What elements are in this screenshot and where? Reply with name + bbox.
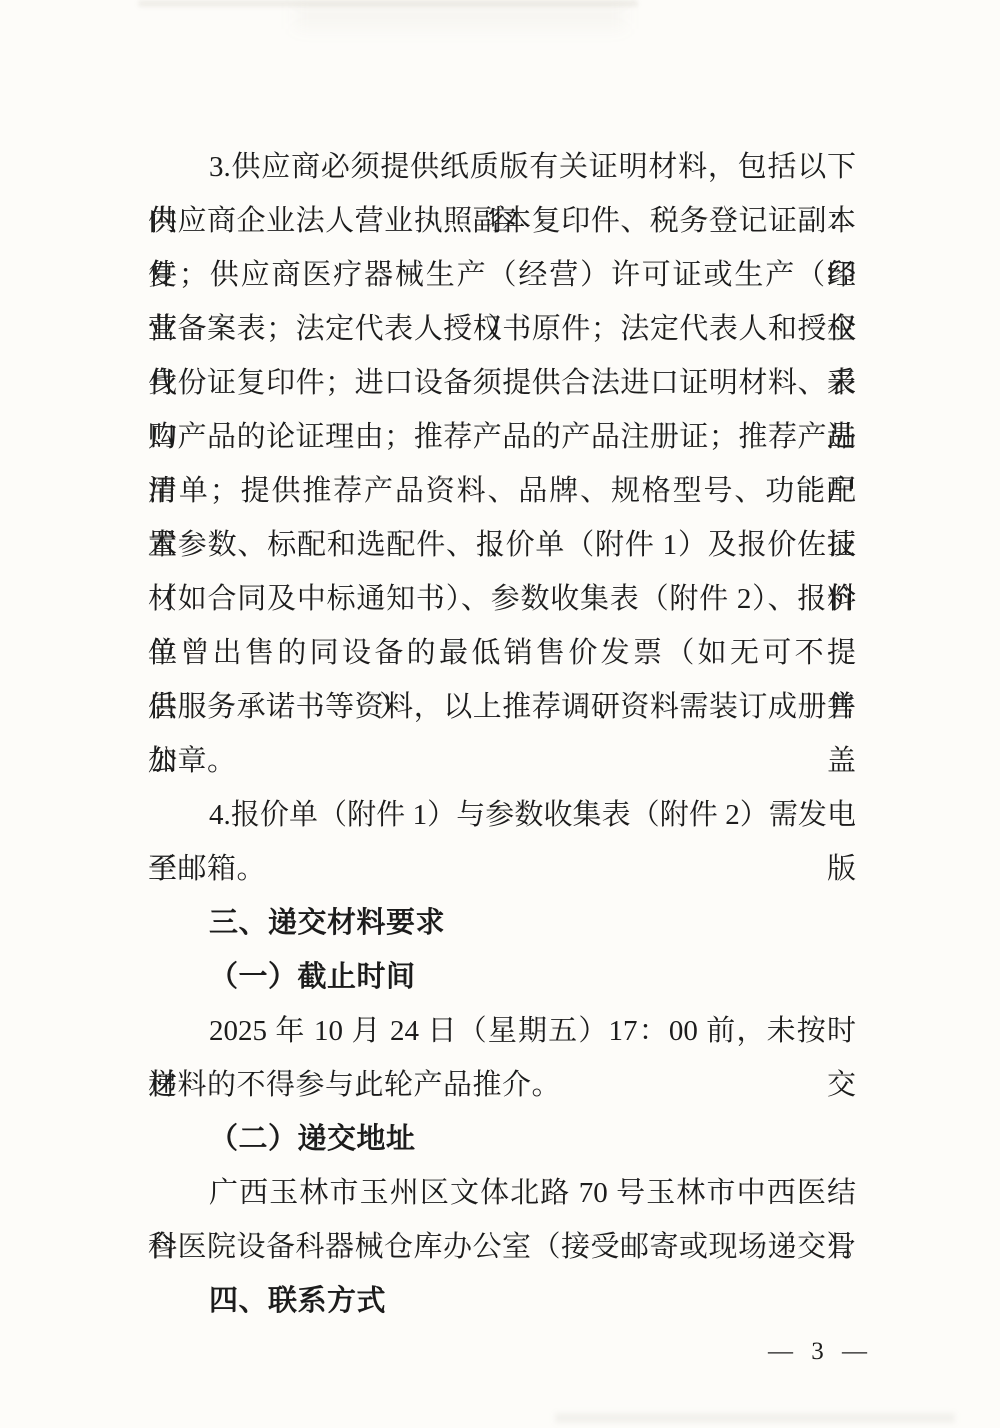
- text-line: 三、递交材料要求: [148, 896, 856, 950]
- text-line: 广西玉林市玉州区文体北路 70 号玉林市中西医结合骨: [148, 1166, 856, 1220]
- scan-artifact-top: [138, 0, 638, 7]
- text-line: 件；供应商医疗器械生产（经营）许可证或生产（经营）企: [148, 248, 856, 302]
- scan-artifact-bottom: [555, 1413, 955, 1423]
- page-number: — 3 —: [768, 1336, 873, 1368]
- scan-artifact-top-smudge: [295, 3, 625, 29]
- text-line: 4.报价单（附件 1）与参数收集表（附件 2）需发电子版: [148, 788, 856, 842]
- text-line: 身份证复印件；进口设备须提供合法进口证明材料、采购进: [148, 356, 856, 410]
- text-line: 业备案表；法定代表人授权书原件；法定代表人和授权代表: [148, 302, 856, 356]
- text-line: 四、联系方式: [148, 1274, 856, 1328]
- text-line: 术参数、标配和选配件、报价单（附件 1）及报价佐证材料: [148, 518, 856, 572]
- text-line: 清单；提供推荐产品资料、品牌、规格型号、功能配置、技: [148, 464, 856, 518]
- text-line: 位曾出售的同设备的最低销售价发票（如无可不提供）、售: [148, 626, 856, 680]
- text-line: 2025 年 10 月 24 日（星期五）17：00 前，未按时递交: [148, 1004, 856, 1058]
- text-line: 3.供应商必须提供纸质版有关证明材料，包括以下内容：: [148, 140, 856, 194]
- text-line: 口产品的论证理由；推荐产品的产品注册证；推荐产品用户: [148, 410, 856, 464]
- text-line: 科医院设备科器械仓库办公室（接受邮寄或现场递交）。: [148, 1220, 856, 1274]
- text-line: （二）递交地址: [148, 1112, 856, 1166]
- text-line: （一）截止时间: [148, 950, 856, 1004]
- scanned-document-page: 3.供应商必须提供纸质版有关证明材料，包括以下内容：供应商企业法人营业执照副本复…: [0, 0, 1000, 1428]
- text-line: （如合同及中标通知书）、参数收集表（附件 2）、报价单: [148, 572, 856, 626]
- document-text-block: 3.供应商必须提供纸质版有关证明材料，包括以下内容：供应商企业法人营业执照副本复…: [148, 140, 856, 1328]
- text-line: 后服务承诺书等资料，以上推荐调研资料需装订成册并加盖: [148, 680, 856, 734]
- text-line: 供应商企业法人营业执照副本复印件、税务登记证副本复印: [148, 194, 856, 248]
